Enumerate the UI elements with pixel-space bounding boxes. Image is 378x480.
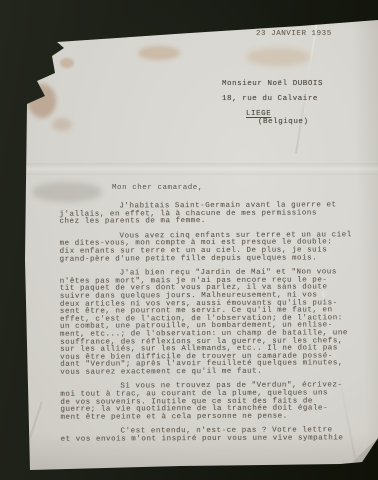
paper-stain <box>32 182 102 202</box>
paper-stain <box>138 46 180 60</box>
paper-stain <box>60 58 74 68</box>
letter-body: J'habitais Saint-Germain avant la guerre… <box>59 202 362 451</box>
recipient-city: LIEGE <box>246 110 271 118</box>
paper-stain <box>28 84 56 118</box>
letter-date: 23 JANVIER 1935 <box>256 30 332 38</box>
letter-paragraph: J'habitais Saint-Germain avant la guerre… <box>59 202 361 226</box>
paper-crease <box>0 163 378 175</box>
letter-paragraph: C'est entendu, n'est-ce pas ? Votre lett… <box>61 428 363 445</box>
paper-stain <box>246 48 310 66</box>
letter-paragraph: Vous avez cinq enfants sur terre et un a… <box>60 232 362 264</box>
letter-salutation: Mon cher camarade, <box>112 184 203 192</box>
letter-paper: 23 JANVIER 1935 Monsieur Noël DUBOIS 18,… <box>0 0 378 480</box>
letter-paragraph: Si vous ne trouvez pas de "Verdun", écri… <box>60 383 362 423</box>
scan-background: 23 JANVIER 1935 Monsieur Noël DUBOIS 18,… <box>0 0 378 480</box>
paper-crease <box>19 401 43 468</box>
paper-stain <box>52 118 72 131</box>
letter-paragraph: J'ai bien reçu "Jardin de Mai" et "Non v… <box>60 269 363 377</box>
recipient-country: (Belgique) <box>258 118 309 126</box>
recipient-street: 18, rue du Calvaire <box>222 95 318 103</box>
recipient-name: Monsieur Noël DUBOIS <box>222 80 323 88</box>
